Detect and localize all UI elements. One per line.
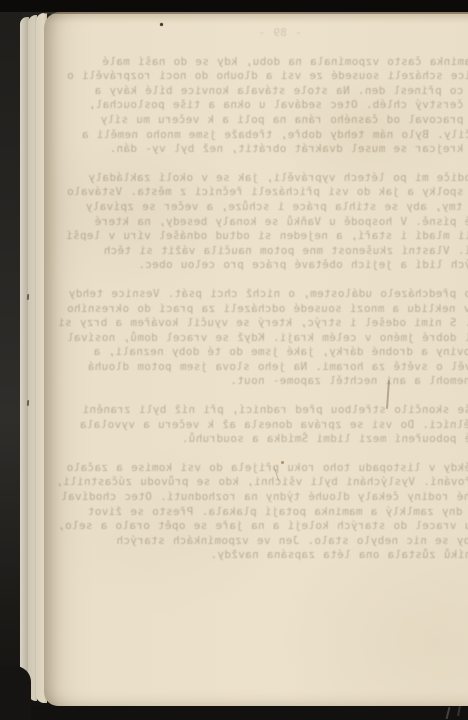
- bleed-paragraph: Vše skončilo střelbou před radnicí, při …: [54, 403, 468, 447]
- bleed-paragraph: To předcházelo událostem, o nichž chci p…: [54, 287, 468, 389]
- bleed-paragraph: Někdy v listopadu toho roku přijela do v…: [54, 461, 468, 563]
- scanned-book-page-photo: - 89 - Maminka často vzpomínala na dobu,…: [0, 0, 468, 720]
- binding-stitch-mark: [27, 400, 29, 406]
- bottom-left-sheet-notch: [0, 666, 31, 720]
- dark-speck: [160, 23, 163, 26]
- bleedthrough-mirrored-text: - 89 - Maminka často vzpomínala na dobu,…: [54, 26, 468, 563]
- book-page: - 89 - Maminka často vzpomínala na dobu,…: [44, 12, 468, 706]
- page-number-bleed: - 89 -: [54, 26, 468, 41]
- background-bottom-band: [0, 706, 468, 720]
- bleed-paragraph: Maminka často vzpomínala na dobu, kdy se…: [54, 55, 468, 157]
- background-left-shadow: [0, 0, 22, 720]
- rust-speck: [281, 461, 284, 464]
- binding-stitch-mark: [27, 294, 29, 300]
- bleed-paragraph: Rodiče mi po létech vyprávěli, jak se v …: [54, 171, 468, 273]
- background-top-band: [0, 0, 468, 12]
